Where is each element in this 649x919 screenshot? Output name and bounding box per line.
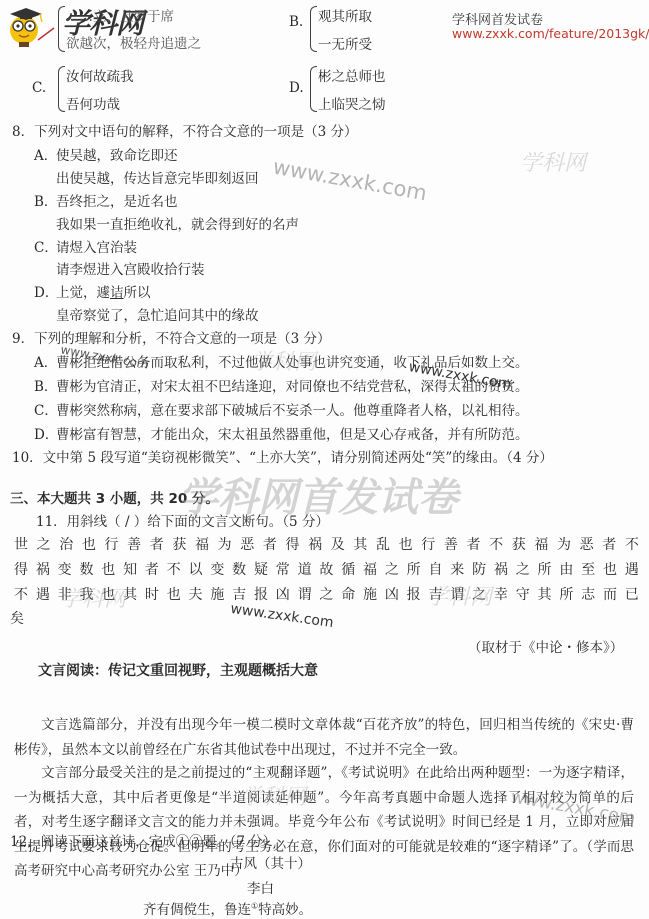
q7-b-line1: 观其所取 — [318, 5, 372, 25]
q8-d-original-post: 所以 — [124, 285, 151, 301]
poem-author: 李白 — [247, 877, 274, 897]
passage-char: 来 — [450, 559, 464, 579]
q12-stem: 12．阅读下面这首诗，完成①②题。（7 分） — [10, 830, 276, 850]
passage-char: 幸 — [494, 584, 508, 604]
passage-char: 变 — [210, 559, 224, 579]
q9-c-label: C． — [34, 399, 58, 419]
passage-char: 所 — [407, 559, 421, 579]
passage-char: 施 — [210, 584, 224, 604]
passage-char: 福 — [195, 534, 209, 554]
passage-char: 由 — [559, 559, 573, 579]
passage-char: 获 — [172, 534, 186, 554]
passage-char: 故 — [319, 559, 333, 579]
commentary-paragraph-1: 文言选篇部分，并没有出现今年一模二模时文章体裁“百花齐放”的特色，回归相当传统的… — [14, 713, 634, 762]
passage-char: 报 — [407, 584, 421, 604]
passage-char: 也 — [399, 534, 413, 554]
passage-char: 行 — [421, 534, 435, 554]
commentary-paragraph-2: 文言部分最受关注的是之前提过的“主观翻译题”，《考试说明》在此给出两种题型：一为… — [14, 761, 634, 884]
brace-icon — [58, 6, 65, 52]
passage-char: 者 — [467, 534, 481, 554]
passage-char: 者 — [150, 534, 164, 554]
q8-b-explanation: 我如果一直拒绝收礼，就会得到好的名声 — [56, 213, 299, 233]
q7-c-line1: 汝何故疏我 — [66, 65, 134, 85]
passage-char: 变 — [58, 559, 72, 579]
q8-a-label: A． — [34, 144, 57, 164]
poem-line-1-pre: 齐有倜傥生，鲁连 — [143, 902, 251, 918]
poem-line-1: 齐有倜傥生，鲁连①特高妙。 — [143, 898, 312, 918]
passage-char: 之 — [516, 559, 530, 579]
watermark-banner: 学科网首发试卷 — [178, 466, 458, 523]
passage-char: 其 — [538, 584, 552, 604]
q8-c-explanation: 请李煜进入宫殿收拾行装 — [56, 258, 205, 278]
passage-char: 志 — [581, 584, 595, 604]
passage-char: 报 — [254, 584, 268, 604]
passage-char: 命 — [341, 584, 355, 604]
passage-char: 凶 — [385, 584, 399, 604]
q8-d-original-pre: 上觉，遽 — [56, 285, 110, 301]
passage-char: 也 — [167, 584, 181, 604]
passage-char: 得 — [286, 534, 300, 554]
passage-line-2: 得祸变数也知者不以变数疑常道故循福之所自来防祸之所由至也遇 — [14, 559, 639, 579]
passage-char: 恶 — [240, 534, 254, 554]
watermark-logo: 学科网 — [240, 780, 306, 811]
poem-title: 古风（其十） — [230, 852, 311, 872]
passage-char: 不 — [167, 559, 181, 579]
passage-char: 不 — [625, 534, 639, 554]
q9-c-text: 曹彬突然称病，意在要求部下破城后不妄杀一人。他尊重降者人格，以礼相待。 — [56, 399, 529, 419]
q8-a-original: 使吴越，致命讫即还 — [56, 144, 178, 164]
passage-char: 之 — [37, 534, 51, 554]
passage-char: 以 — [189, 559, 203, 579]
q7-c-line2: 吾何功哉 — [66, 93, 120, 113]
passage-char: 祸 — [494, 559, 508, 579]
passage-char: 防 — [472, 559, 486, 579]
q8-d-label: D． — [34, 281, 58, 301]
q9-d-text: 曹彬富有智慧，才能出众，宋太祖虽然器重他，但是又心存戒备，并有所防范。 — [56, 423, 529, 443]
q7-b-line2: 一无所受 — [318, 33, 372, 53]
passage-char: 自 — [428, 559, 442, 579]
q7-d-label: D. — [289, 80, 304, 96]
q8-c-label: C． — [34, 236, 58, 256]
poem-line-1-post: 特高妙。 — [258, 902, 312, 918]
q9-d-label: D． — [34, 423, 58, 443]
passage-char: 常 — [276, 559, 290, 579]
passage-char: 数 — [79, 559, 93, 579]
q7-d-line2: 上临哭之恸 — [318, 93, 386, 113]
passage-char: 恶 — [580, 534, 594, 554]
passage-char: 祸 — [308, 534, 322, 554]
passage-char: 善 — [127, 534, 141, 554]
q8-d-explanation: 皇帝察觉了，急忙追问其中的缘故 — [56, 304, 259, 324]
passage-char: 数 — [232, 559, 246, 579]
passage-char: 夫 — [189, 584, 203, 604]
passage-char: 其 — [353, 534, 367, 554]
q7-b-label: B. — [289, 14, 303, 30]
q8-b-original: 吾终拒之，是近名也 — [56, 190, 178, 210]
passage-char: 行 — [105, 534, 119, 554]
q8-d-original: 上觉，遽诘所以 — [56, 281, 151, 301]
brace-icon — [310, 6, 317, 52]
passage-char: 善 — [444, 534, 458, 554]
passage-char: 疑 — [254, 559, 268, 579]
q9-b-label: B． — [34, 375, 57, 395]
passage-line-1: 世之治也行善者获福为恶者得祸及其乱也行善者不获福为恶者不 — [14, 534, 639, 554]
passage-char: 守 — [516, 584, 530, 604]
passage-char: 之 — [385, 559, 399, 579]
q8-a-explanation: 出使吴越，传达旨意完毕即刻返回 — [56, 167, 259, 187]
q9-stem: 9．下列的理解和分析，不符合文意的一项是（3 分） — [12, 327, 330, 347]
brand-url[interactable]: www.zxxk.com/feature/2013gk/ — [452, 26, 649, 41]
watermark-url: www.zxxk.com — [271, 155, 429, 206]
commentary-title: 文言阅读：传记文重回视野，主观题概括大意 — [38, 660, 318, 680]
passage-char: 福 — [363, 559, 377, 579]
watermark-logo: 学科网 — [250, 345, 316, 376]
passage-char: 知 — [123, 559, 137, 579]
passage-char: 之 — [319, 584, 333, 604]
q8-b-label: B． — [34, 190, 57, 210]
passage-char: 至 — [581, 559, 595, 579]
q8-d-original-underlined: 诘 — [110, 285, 124, 301]
mascot-logo-icon — [2, 2, 60, 50]
commentary-paragraph-1-text: 文言选篇部分，并没有出现今年一模二模时文章体裁“百花齐放”的特色，回归相当传统的… — [14, 717, 634, 758]
watermark-logo: 学科网 — [60, 582, 126, 613]
passage-char: 为 — [218, 534, 232, 554]
passage-source: （取材于《中论・修本》） — [468, 636, 623, 656]
passage-char: 凶 — [276, 584, 290, 604]
watermark-logo: 学科网 — [426, 580, 492, 611]
passage-char: 道 — [298, 559, 312, 579]
passage-char: 世 — [14, 534, 28, 554]
passage-char: 及 — [331, 534, 345, 554]
passage-char: 者 — [263, 534, 277, 554]
passage-char: 不 — [489, 534, 503, 554]
passage-char: 而 — [603, 584, 617, 604]
q9-a-label: A． — [34, 351, 57, 371]
passage-char: 谓 — [298, 584, 312, 604]
passage-char: 祸 — [36, 559, 50, 579]
passage-char: 治 — [59, 534, 73, 554]
passage-char: 得 — [14, 559, 28, 579]
q8-c-original: 请煜入宫治装 — [56, 236, 137, 256]
q8-stem: 8．下列对文中语句的解释，不符合文意的一项是（3 分） — [12, 120, 357, 140]
passage-char: 也 — [82, 534, 96, 554]
passage-char: 时 — [145, 584, 159, 604]
passage-char: 循 — [341, 559, 355, 579]
watermark-url: www.zxxk.com — [229, 601, 334, 631]
passage-char: 者 — [145, 559, 159, 579]
passage-char: 遇 — [36, 584, 50, 604]
watermark-logo: 学科网 — [520, 146, 586, 177]
passage-char: 也 — [101, 559, 115, 579]
passage-char: 已 — [625, 584, 639, 604]
q7-a-line1: ……立，且罗于席 — [66, 5, 174, 25]
passage-char: 者 — [602, 534, 616, 554]
q10-stem: 10．文中第 5 段写道“美窃视彬微笑”、“上亦大笑”，请分别简述两处“笑”的缘… — [12, 446, 553, 466]
passage-line-4: 矣 — [10, 608, 24, 628]
passage-char: 施 — [363, 584, 377, 604]
passage-char: 所 — [559, 584, 573, 604]
commentary-paragraph-2-text: 文言部分最受关注的是之前提过的“主观翻译题”，《考试说明》在此给出两种题型：一为… — [14, 765, 634, 879]
passage-char: 也 — [603, 559, 617, 579]
passage-char: 为 — [557, 534, 571, 554]
passage-char: 所 — [538, 559, 552, 579]
brace-icon — [58, 66, 65, 112]
q7-a-line2: 欲越次，极轻舟追遗之 — [66, 32, 201, 52]
passage-char: 福 — [534, 534, 548, 554]
passage-char: 乱 — [376, 534, 390, 554]
passage-char: 获 — [512, 534, 526, 554]
passage-char: 遇 — [625, 559, 639, 579]
brace-icon — [310, 66, 317, 112]
q7-c-label: C. — [32, 80, 46, 96]
passage-char: 不 — [14, 584, 28, 604]
q7-d-line1: 彬之总师也 — [318, 65, 386, 85]
